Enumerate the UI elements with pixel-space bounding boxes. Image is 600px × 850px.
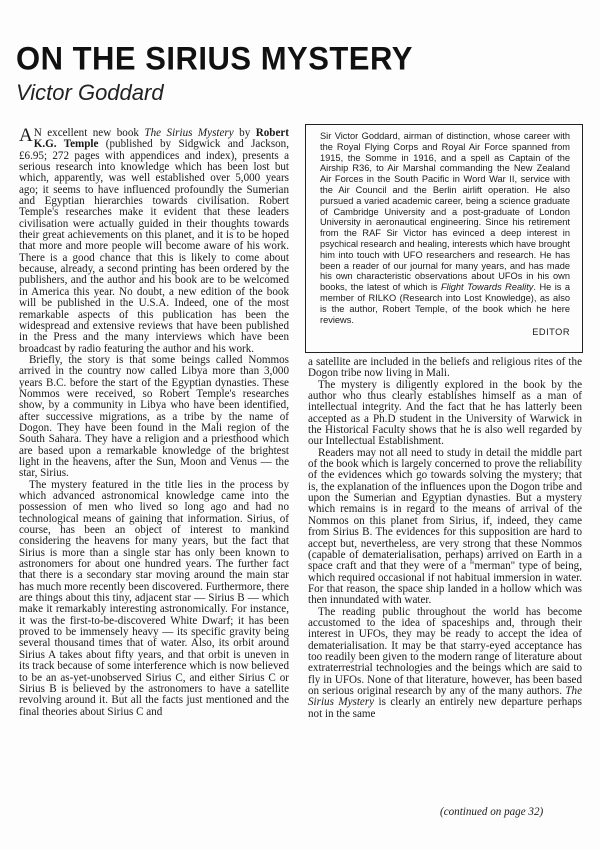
paragraph-3-continued: a satellite are included in the beliefs … [308, 357, 582, 380]
paragraph-2: Briefly, the story is that some beings c… [19, 355, 289, 480]
paragraph-6: The reading public throughout the world … [308, 607, 582, 720]
article-title: ON THE SIRIUS MYSTERY [16, 40, 413, 78]
editor-note-text: Sir Victor Goddard, airman of distinctio… [320, 131, 570, 325]
article-column-right: a satellite are included in the beliefs … [308, 357, 582, 720]
drop-cap: A [19, 130, 33, 141]
editor-note-box: Sir Victor Goddard, airman of distinctio… [305, 124, 583, 353]
paragraph-5: Readers may not all need to study in det… [308, 448, 582, 607]
editor-signature: EDITOR [320, 327, 570, 338]
article-column-left: AN excellent new book The Sirius Mystery… [19, 128, 289, 718]
author-byline: Victor Goddard [16, 80, 164, 106]
paragraph-4: The mystery is diligently explored in th… [308, 380, 582, 448]
book-title: The Sirius Mystery [144, 127, 233, 139]
book-title: Flight Towards Reality [441, 282, 533, 292]
paragraph-3: The mystery featured in the title lies i… [19, 480, 289, 718]
continued-link[interactable]: (continued on page 32) [440, 806, 543, 818]
intro-paragraph: AN excellent new book The Sirius Mystery… [19, 128, 289, 355]
